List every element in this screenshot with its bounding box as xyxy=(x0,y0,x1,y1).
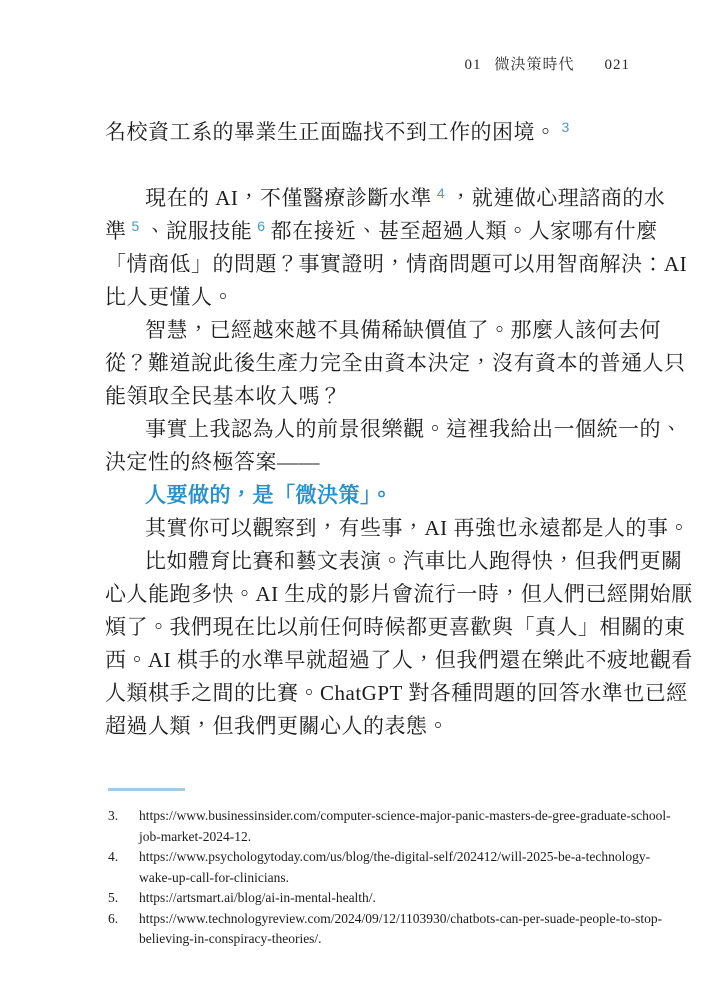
text-run: 、說服技能 xyxy=(145,219,253,243)
text-run: 人要做的，是「微決策」。 xyxy=(145,483,393,507)
text-line: 比人更懂人。 xyxy=(105,281,627,314)
text-line: 名校資工系的畢業生正面臨找不到工作的困境。3 xyxy=(105,116,627,149)
footnote-item: 3.https://www.businessinsider.com/comput… xyxy=(108,806,624,847)
key-statement-line: 人要做的，是「微決策」。 xyxy=(105,479,627,512)
text-run: 心人能跑多快。AI 生成的影片會流行一時，但人們已經開始厭 xyxy=(105,582,693,606)
text-line: 比如體育比賽和藝文表演。汽車比人跑得快，但我們更關 xyxy=(105,545,627,578)
footnote-url: https://www.psychologytoday.com/us/blog/… xyxy=(139,847,650,888)
text-line: 西。AI 棋手的水準早就超過了人，但我們還在樂此不疲地觀看 xyxy=(105,644,627,677)
footnote-line: https://www.psychologytoday.com/us/blog/… xyxy=(139,847,650,868)
footnote-url: https://artsmart.ai/blog/ai-in-mental-he… xyxy=(139,888,624,909)
text-line: 現在的 AI，不僅醫療診斷水準4，就連做心理諮商的水 xyxy=(105,182,627,215)
footnote-number: 3. xyxy=(108,806,139,827)
text-line: 從？難道說此後生產力完全由資本決定，沒有資本的普通人只 xyxy=(105,347,627,380)
footnote-number: 4. xyxy=(108,847,139,868)
text-line: 心人能跑多快。AI 生成的影片會流行一時，但人們已經開始厭 xyxy=(105,578,627,611)
text-run: 事實上我認為人的前景很樂觀。這裡我給出一個統一的、 xyxy=(145,417,683,441)
footnote-divider xyxy=(108,788,185,791)
footnote-ref: 5 xyxy=(132,218,140,234)
text-run: 都在接近、甚至超過人類。人家哪有什麼 xyxy=(271,219,658,243)
text-run: 從？難道說此後生產力完全由資本決定，沒有資本的普通人只 xyxy=(105,351,686,375)
text-line: 人類棋手之間的比賽。ChatGPT 對各種問題的回答水準也已經 xyxy=(105,677,627,710)
text-run: 「情商低」的問題？事實證明，情商問題可以用智商解決：AI xyxy=(105,252,687,276)
footnote-ref: 6 xyxy=(257,218,265,234)
text-line: 事實上我認為人的前景很樂觀。這裡我給出一個統一的、 xyxy=(105,413,627,446)
text-run: 比人更懂人。 xyxy=(105,285,234,309)
footnote-line: wake-up-call-for-clinicians. xyxy=(139,868,650,889)
text-run: 西。AI 棋手的水準早就超過了人，但我們還在樂此不疲地觀看 xyxy=(105,648,693,672)
text-run: 比如體育比賽和藝文表演。汽車比人跑得快，但我們更關 xyxy=(145,549,683,573)
body-text: 名校資工系的畢業生正面臨找不到工作的困境。3現在的 AI，不僅醫療診斷水準4，就… xyxy=(105,116,627,743)
footnote-line: believing-in-conspiracy-theories/. xyxy=(139,929,662,950)
text-line: 準5、說服技能6都在接近、甚至超過人類。人家哪有什麼 xyxy=(105,215,627,248)
footnote-item: 5.https://artsmart.ai/blog/ai-in-mental-… xyxy=(108,888,624,909)
footnote-line: https://www.technologyreview.com/2024/09… xyxy=(139,909,662,930)
chapter-number: 01 xyxy=(464,57,481,74)
text-run: 煩了。我們現在比以前任何時候都更喜歡與「真人」相關的東 xyxy=(105,615,686,639)
text-line: 超過人類，但我們更關心人的表態。 xyxy=(105,710,627,743)
book-page: 01 微決策時代 021 名校資工系的畢業生正面臨找不到工作的困境。3現在的 A… xyxy=(0,0,711,1000)
text-line: 煩了。我們現在比以前任何時候都更喜歡與「真人」相關的東 xyxy=(105,611,627,644)
footnote-ref: 4 xyxy=(437,185,445,201)
footnote-line: https://artsmart.ai/blog/ai-in-mental-he… xyxy=(139,888,624,909)
text-line: 其實你可以觀察到，有些事，AI 再強也永遠都是人的事。 xyxy=(105,512,627,545)
text-line: 決定性的終極答案—— xyxy=(105,446,627,479)
footnote-item: 4.https://www.psychologytoday.com/us/blo… xyxy=(108,847,624,888)
page-number: 021 xyxy=(605,57,631,74)
footnote-number: 6. xyxy=(108,909,139,930)
footnote-url: https://www.businessinsider.com/computer… xyxy=(139,806,671,847)
text-run: 名校資工系的畢業生正面臨找不到工作的困境。 xyxy=(105,120,557,144)
text-line: 能領取全民基本收入嗎？ xyxy=(105,380,627,413)
text-run: 超過人類，但我們更關心人的表態。 xyxy=(105,714,449,738)
footnote-url: https://www.technologyreview.com/2024/09… xyxy=(139,909,662,950)
text-run: 能領取全民基本收入嗎？ xyxy=(105,384,342,408)
running-header: 01 微決策時代 021 xyxy=(0,53,630,74)
footnote-ref: 3 xyxy=(562,119,570,135)
text-run: ，就連做心理諮商的水 xyxy=(450,186,665,210)
text-run: 人類棋手之間的比賽。ChatGPT 對各種問題的回答水準也已經 xyxy=(105,681,688,705)
text-run: 其實你可以觀察到，有些事，AI 再強也永遠都是人的事。 xyxy=(145,516,690,540)
text-run: 智慧，已經越來越不具備稀缺價值了。那麼人該何去何 xyxy=(145,318,661,342)
text-line: 智慧，已經越來越不具備稀缺價值了。那麼人該何去何 xyxy=(105,314,627,347)
chapter-title: 微決策時代 xyxy=(494,53,574,74)
footnote-line: https://www.businessinsider.com/computer… xyxy=(139,806,671,827)
footnote-item: 6.https://www.technologyreview.com/2024/… xyxy=(108,909,624,950)
text-run: 準 xyxy=(105,219,127,243)
footnote-line: job-market-2024-12. xyxy=(139,827,671,848)
text-run: 現在的 AI，不僅醫療診斷水準 xyxy=(145,186,432,210)
footnotes-section: 3.https://www.businessinsider.com/comput… xyxy=(108,806,624,950)
text-line: 「情商低」的問題？事實證明，情商問題可以用智商解決：AI xyxy=(105,248,627,281)
footnote-number: 5. xyxy=(108,888,139,909)
text-run: 決定性的終極答案—— xyxy=(105,450,320,474)
